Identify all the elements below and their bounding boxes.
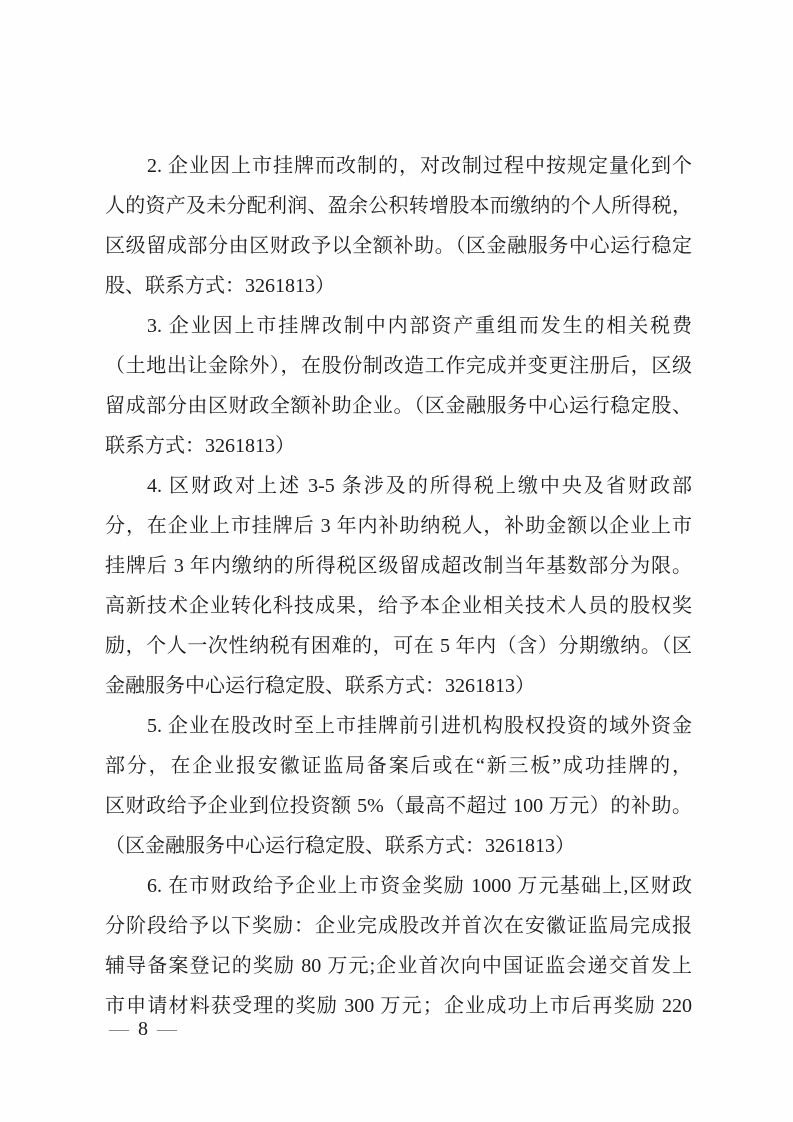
text-line: 辅导备案登记的奖励 80 万元;企业首次向中国证监会递交首发上 [105,946,692,986]
text-line: 部分，在企业报安徽证监局备案后或在“新三板”成功挂牌的， [105,746,692,786]
text-line: 股、联系方式：3261813） [105,266,692,306]
document-page: 2. 企业因上市挂牌而改制的，对改制过程中按规定量化到个 人的资产及未分配利润、… [0,0,793,1122]
text-line: 3. 企业因上市挂牌改制中内部资产重组而发生的相关税费 [105,306,692,346]
text-line: （土地出让金除外），在股份制改造工作完成并变更注册后，区级 [105,346,692,386]
paragraph-3: 3. 企业因上市挂牌改制中内部资产重组而发生的相关税费 （土地出让金除外），在股… [105,306,692,466]
paragraph-2: 2. 企业因上市挂牌而改制的，对改制过程中按规定量化到个 人的资产及未分配利润、… [105,146,692,306]
text-line: 分阶段给予以下奖励：企业完成股改并首次在安徽证监局完成报 [105,906,692,946]
text-line: 市申请材料获受理的奖励 300 万元；企业成功上市后再奖励 220 [105,986,692,1026]
document-body: 2. 企业因上市挂牌而改制的，对改制过程中按规定量化到个 人的资产及未分配利润、… [105,146,692,1026]
paragraph-4: 4. 区财政对上述 3-5 条涉及的所得税上缴中央及省财政部 分，在企业上市挂牌… [105,466,692,706]
page-number: 8 [138,1018,148,1040]
text-line: 6. 在市财政给予企业上市资金奖励 1000 万元基础上,区财政 [105,866,692,906]
footer-dash-left: — [109,1018,129,1040]
text-line: 4. 区财政对上述 3-5 条涉及的所得税上缴中央及省财政部 [105,466,692,506]
paragraph-6: 6. 在市财政给予企业上市资金奖励 1000 万元基础上,区财政 分阶段给予以下… [105,866,692,1026]
text-line: 区财政给予企业到位投资额 5%（最高不超过 100 万元）的补助。 [105,786,692,826]
text-line: 留成部分由区财政全额补助企业。（区金融服务中心运行稳定股、 [105,386,692,426]
text-line: 联系方式：3261813） [105,426,692,466]
paragraph-5: 5. 企业在股改时至上市挂牌前引进机构股权投资的域外资金 部分，在企业报安徽证监… [105,706,692,866]
text-line: 2. 企业因上市挂牌而改制的，对改制过程中按规定量化到个 [105,146,692,186]
footer-dash-right: — [157,1018,177,1040]
text-line: 人的资产及未分配利润、盈余公积转增股本而缴纳的个人所得税， [105,186,692,226]
text-line: 5. 企业在股改时至上市挂牌前引进机构股权投资的域外资金 [105,706,692,746]
text-line: 高新技术企业转化科技成果，给予本企业相关技术人员的股权奖 [105,586,692,626]
text-line: （区金融服务中心运行稳定股、联系方式：3261813） [105,826,692,866]
text-line: 分，在企业上市挂牌后 3 年内补助纳税人，补助金额以企业上市 [105,506,692,546]
text-line: 挂牌后 3 年内缴纳的所得税区级留成超改制当年基数部分为限。 [105,546,692,586]
page-footer: —8— [104,1016,182,1042]
text-line: 励，个人一次性纳税有困难的，可在 5 年内（含）分期缴纳。（区 [105,626,692,666]
text-line: 区级留成部分由区财政予以全额补助。（区金融服务中心运行稳定 [105,226,692,266]
text-line: 金融服务中心运行稳定股、联系方式：3261813） [105,666,692,706]
